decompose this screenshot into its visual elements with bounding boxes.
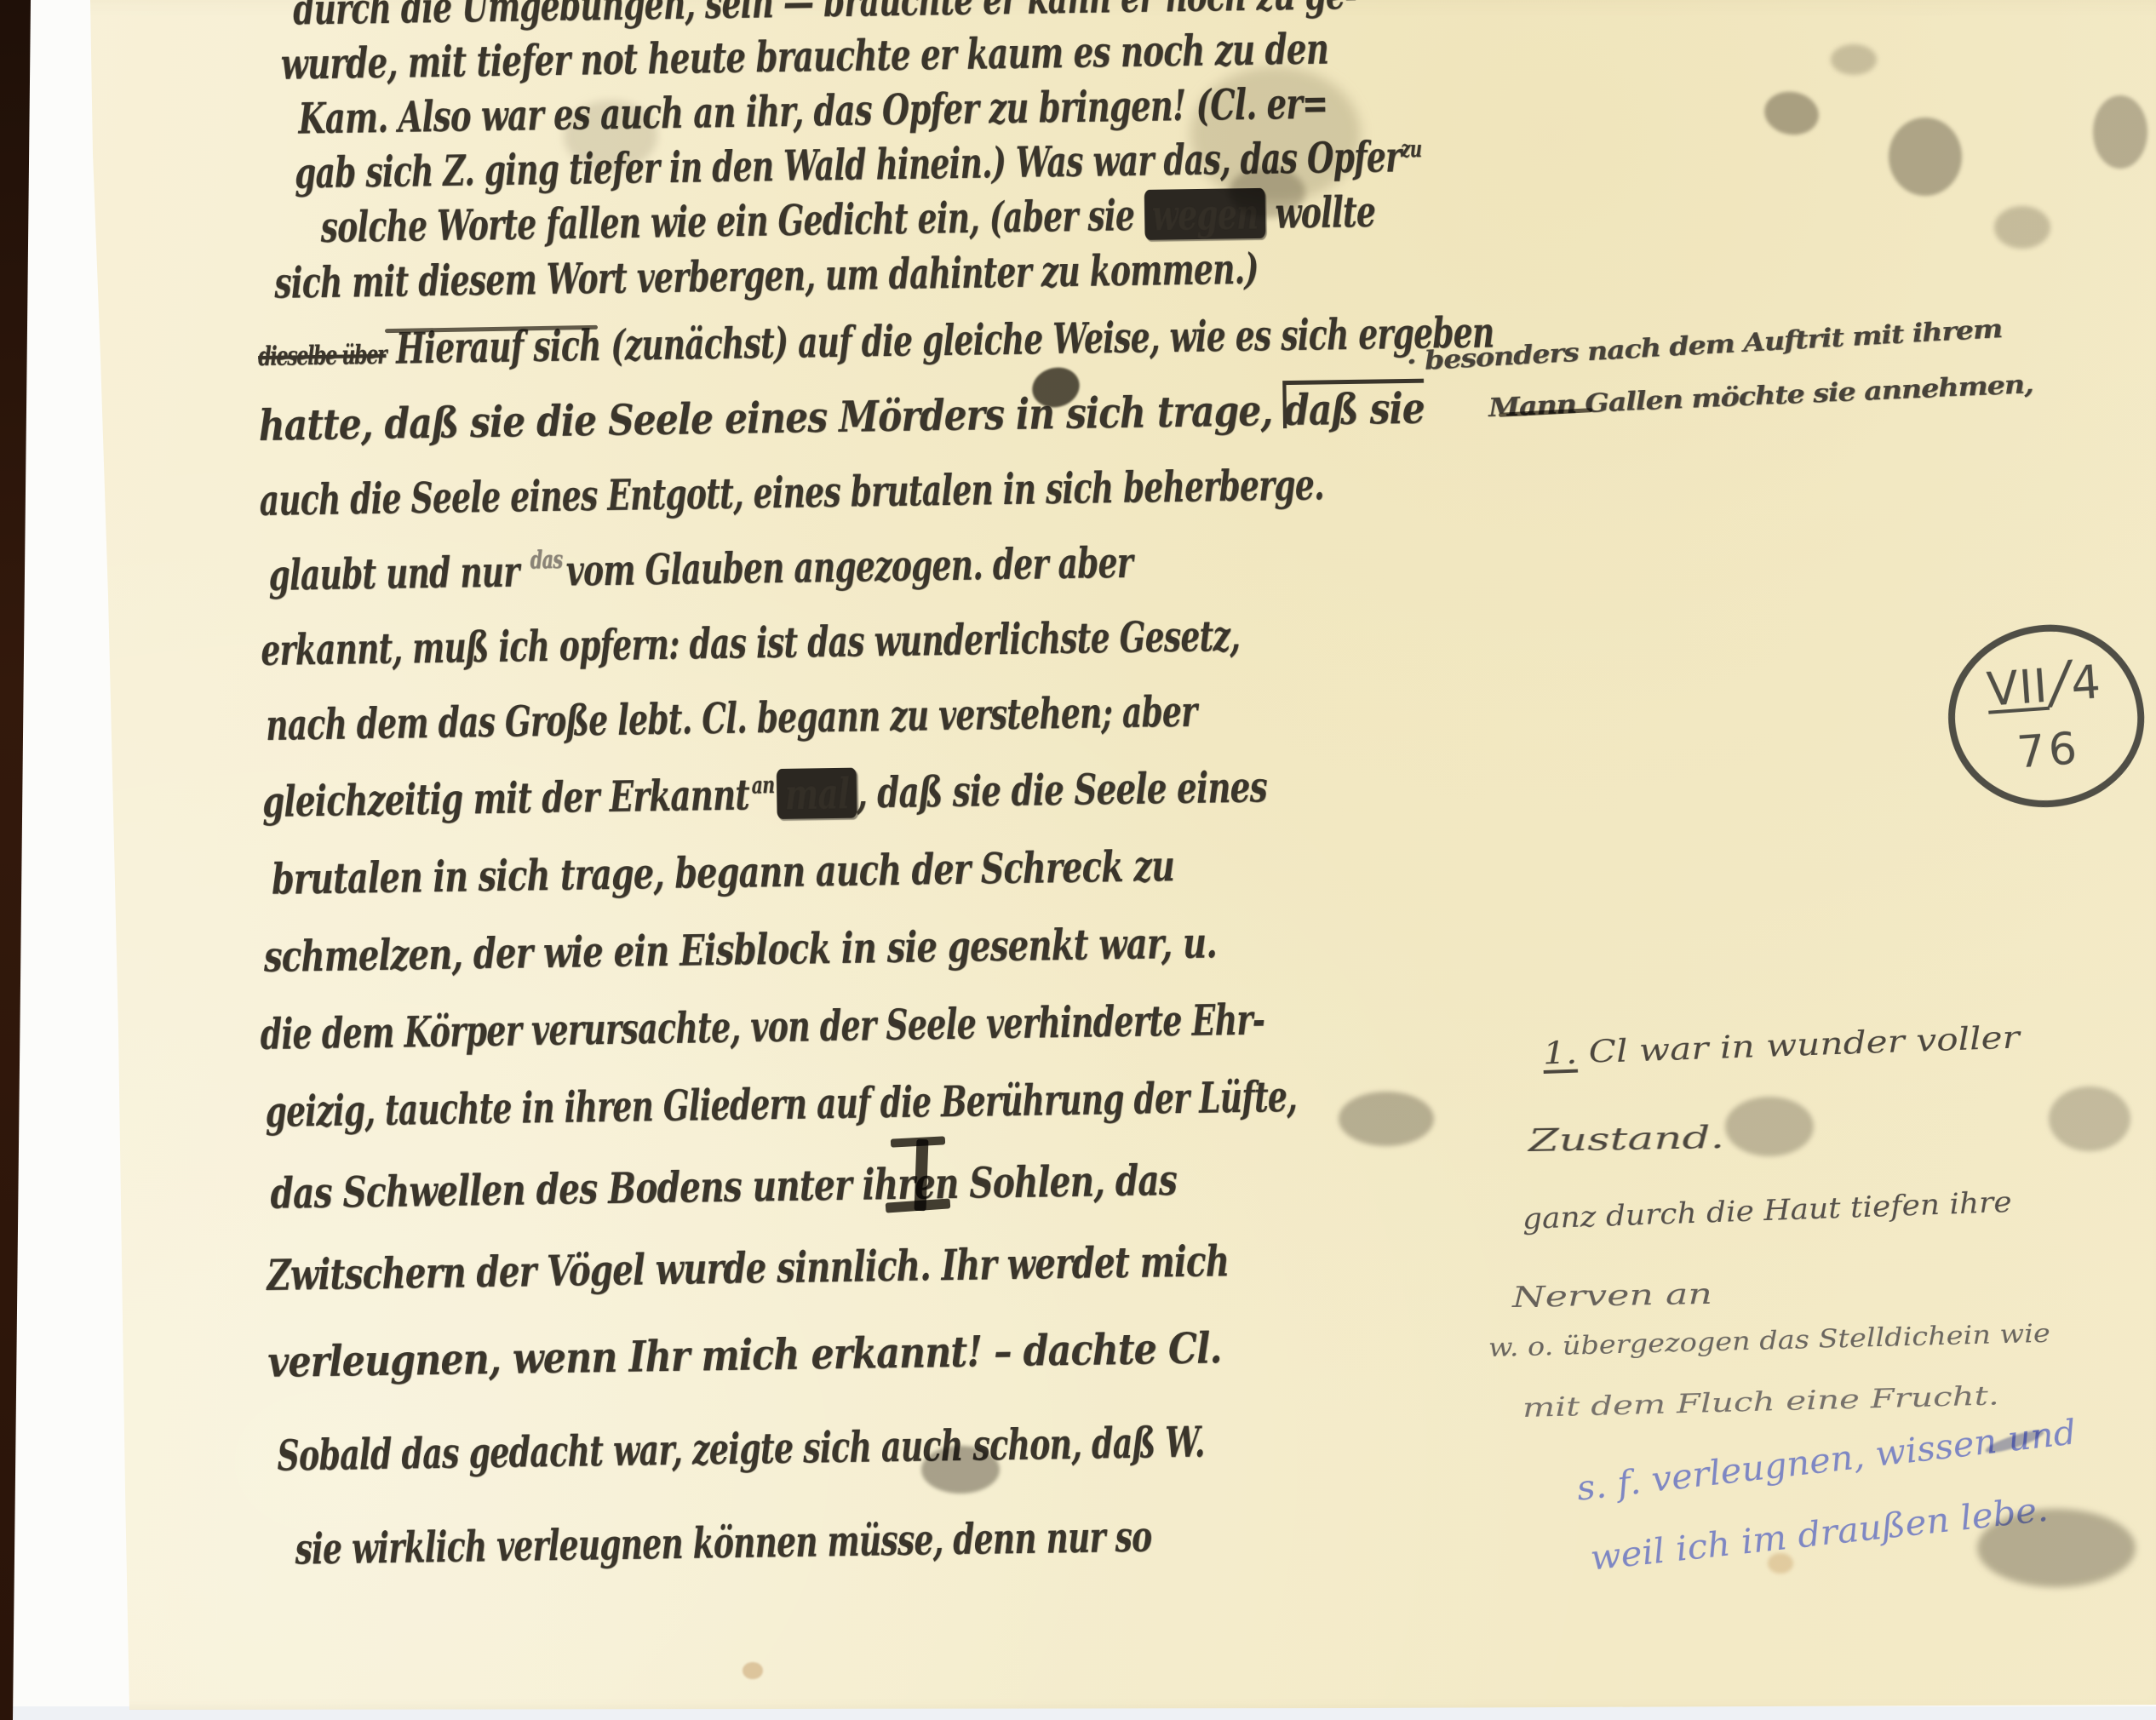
manuscript-line-text: nach dem das Große lebt. Cl. begann zu v… bbox=[266, 686, 1197, 750]
scan-edge-strip bbox=[0, 0, 34, 1720]
manuscript-line: gleichzeitig mit der Erkanntanmal, daß s… bbox=[262, 761, 1268, 826]
stamp-numerator: VII bbox=[1986, 663, 2050, 714]
ink-blot bbox=[921, 1446, 1000, 1494]
stamp-slash: / bbox=[2046, 654, 2074, 712]
manuscript-line: geizig, tauchte in ihren Gliedern auf di… bbox=[265, 1071, 1297, 1137]
manuscript-line: verleugnen, wenn Ihr mich erkannt! – dac… bbox=[267, 1322, 1222, 1387]
manuscript-line-text: brutalen in sich trage, begann auch der … bbox=[272, 840, 1175, 904]
pencil-note-line-text: Nerven an bbox=[1512, 1277, 1713, 1315]
manuscript-line: sie wirklich verleugnen können müsse, de… bbox=[295, 1511, 1152, 1574]
ink-blot bbox=[1994, 206, 2050, 249]
manuscript-line-text: Zwitschern der Vögel wurde sinnlich. Ihr… bbox=[267, 1236, 1230, 1300]
manuscript-line-text: Kam. Also war es auch an ihr, das Opfer … bbox=[298, 78, 1328, 144]
manuscript-line-above-dark: an bbox=[751, 771, 774, 799]
pencil-note-line: Zustand. bbox=[1528, 1121, 1725, 1159]
manuscript-line: Sobald das gedacht war, zeigte sich auch… bbox=[277, 1417, 1205, 1481]
manuscript-line: Zwitschern der Vögel wurde sinnlich. Ihr… bbox=[267, 1236, 1230, 1300]
manuscript-line: schmelzen, der wie ein Eisblock in sie g… bbox=[263, 917, 1217, 982]
manuscript-line-text: solche Worte fallen wie ein Gedicht ein,… bbox=[320, 190, 1144, 252]
manuscript-line-text: sie wirklich verleugnen können müsse, de… bbox=[295, 1511, 1152, 1574]
manuscript-line: brutalen in sich trage, begann auch der … bbox=[272, 840, 1175, 904]
pencil-note-line-underline: 1. bbox=[1542, 1036, 1578, 1072]
manuscript-line-text: sich mit diesem Wort verbergen, um dahin… bbox=[274, 244, 1259, 308]
manuscript-line: sich mit diesem Wort verbergen, um dahin… bbox=[274, 244, 1259, 308]
manuscript-line: das Schwellen des Bodens unter ihren Soh… bbox=[270, 1155, 1177, 1218]
manuscript-line-text: schmelzen, der wie ein Eisblock in sie g… bbox=[263, 917, 1217, 982]
paper-sheet: durch die Umgebungen, sein — brauchte er… bbox=[0, 0, 2156, 1720]
ink-blot bbox=[1977, 1509, 2136, 1587]
manuscript-line-text: auch die Seele eines Entgott, eines brut… bbox=[259, 459, 1324, 525]
manuscript-line-text: wurde, mit tiefer not heute brauchte er … bbox=[280, 23, 1328, 89]
pencil-note-line-text: Zustand. bbox=[1528, 1121, 1725, 1159]
manuscript-line-text: glaubt und nur bbox=[268, 546, 530, 600]
manuscript-line: auch die Seele eines Entgott, eines brut… bbox=[259, 459, 1324, 525]
ink-blot bbox=[1889, 118, 1962, 196]
manuscript-line-text: , daß sie die Seele eines bbox=[856, 761, 1267, 817]
manuscript-line-bracket: daß sie bbox=[1284, 379, 1425, 435]
manuscript-line-text: die dem Körper verursachte, von der Seel… bbox=[260, 995, 1264, 1059]
manuscript-line-text: gleichzeitig mit der Erkannt bbox=[262, 769, 750, 826]
manuscript-line: hatte, daß sie die Seele eines Mörders i… bbox=[258, 383, 1425, 450]
manuscript-line-text: das Schwellen des Bodens unter ihren Soh… bbox=[270, 1155, 1177, 1218]
manuscript-line-super: zu bbox=[1401, 135, 1422, 163]
ink-blot bbox=[2093, 95, 2147, 169]
ink-blot bbox=[1831, 44, 1877, 75]
manuscript-line-text: geizig, tauchte in ihren Gliedern auf di… bbox=[265, 1071, 1297, 1137]
ink-blot bbox=[1768, 1553, 1793, 1574]
manuscript-line: wurde, mit tiefer not heute brauchte er … bbox=[280, 23, 1328, 89]
manuscript-line-blackout: mal bbox=[777, 768, 857, 819]
manuscript-line: die dem Körper verursachte, von der Seel… bbox=[260, 995, 1264, 1059]
ink-blot bbox=[2049, 1086, 2130, 1151]
scanned-manuscript-page: durch die Umgebungen, sein — brauchte er… bbox=[0, 0, 2156, 1720]
archive-stamp-folio: VII/4 bbox=[1985, 651, 2103, 720]
ink-blot bbox=[1725, 1097, 1814, 1156]
ink-blot bbox=[1339, 1092, 1434, 1146]
manuscript-line: nach dem das Große lebt. Cl. begann zu v… bbox=[266, 686, 1197, 750]
manuscript-line-text: Hierauf sich (zunächst) auf die gleiche … bbox=[386, 307, 1494, 373]
ink-blot bbox=[564, 100, 657, 170]
manuscript-line-text: hatte, daß sie die Seele eines Mörders i… bbox=[258, 385, 1284, 450]
manuscript-line: Kam. Also war es auch an ihr, das Opfer … bbox=[298, 78, 1328, 144]
stamp-denominator: 4 bbox=[2069, 659, 2102, 707]
manuscript-line-strike-sm: dieselbe über bbox=[258, 340, 387, 372]
manuscript-line: glaubt und nur dasvom Glauben angezogen.… bbox=[268, 537, 1132, 600]
manuscript-line: dieselbe über Hierauf sich (zunächst) au… bbox=[258, 307, 1494, 376]
ink-blot bbox=[1229, 167, 1305, 218]
manuscript-line-text: Sobald das gedacht war, zeigte sich auch… bbox=[277, 1417, 1205, 1481]
manuscript-line-above: das bbox=[530, 544, 562, 574]
manuscript-line-text: vom Glauben angezogen. der aber bbox=[565, 537, 1132, 596]
ink-blot bbox=[743, 1662, 763, 1679]
manuscript-line: erkannt, muß ich opfern: das ist das wun… bbox=[261, 611, 1240, 675]
manuscript-line-text: erkannt, muß ich opfern: das ist das wun… bbox=[261, 611, 1240, 675]
pencil-note-line: Nerven an bbox=[1512, 1277, 1713, 1315]
stamp-page-number: 76 bbox=[2016, 723, 2082, 778]
manuscript-line: solche Worte fallen wie ein Gedicht ein,… bbox=[320, 186, 1375, 252]
manuscript-line-text: verleugnen, wenn Ihr mich erkannt! – dac… bbox=[267, 1322, 1222, 1387]
